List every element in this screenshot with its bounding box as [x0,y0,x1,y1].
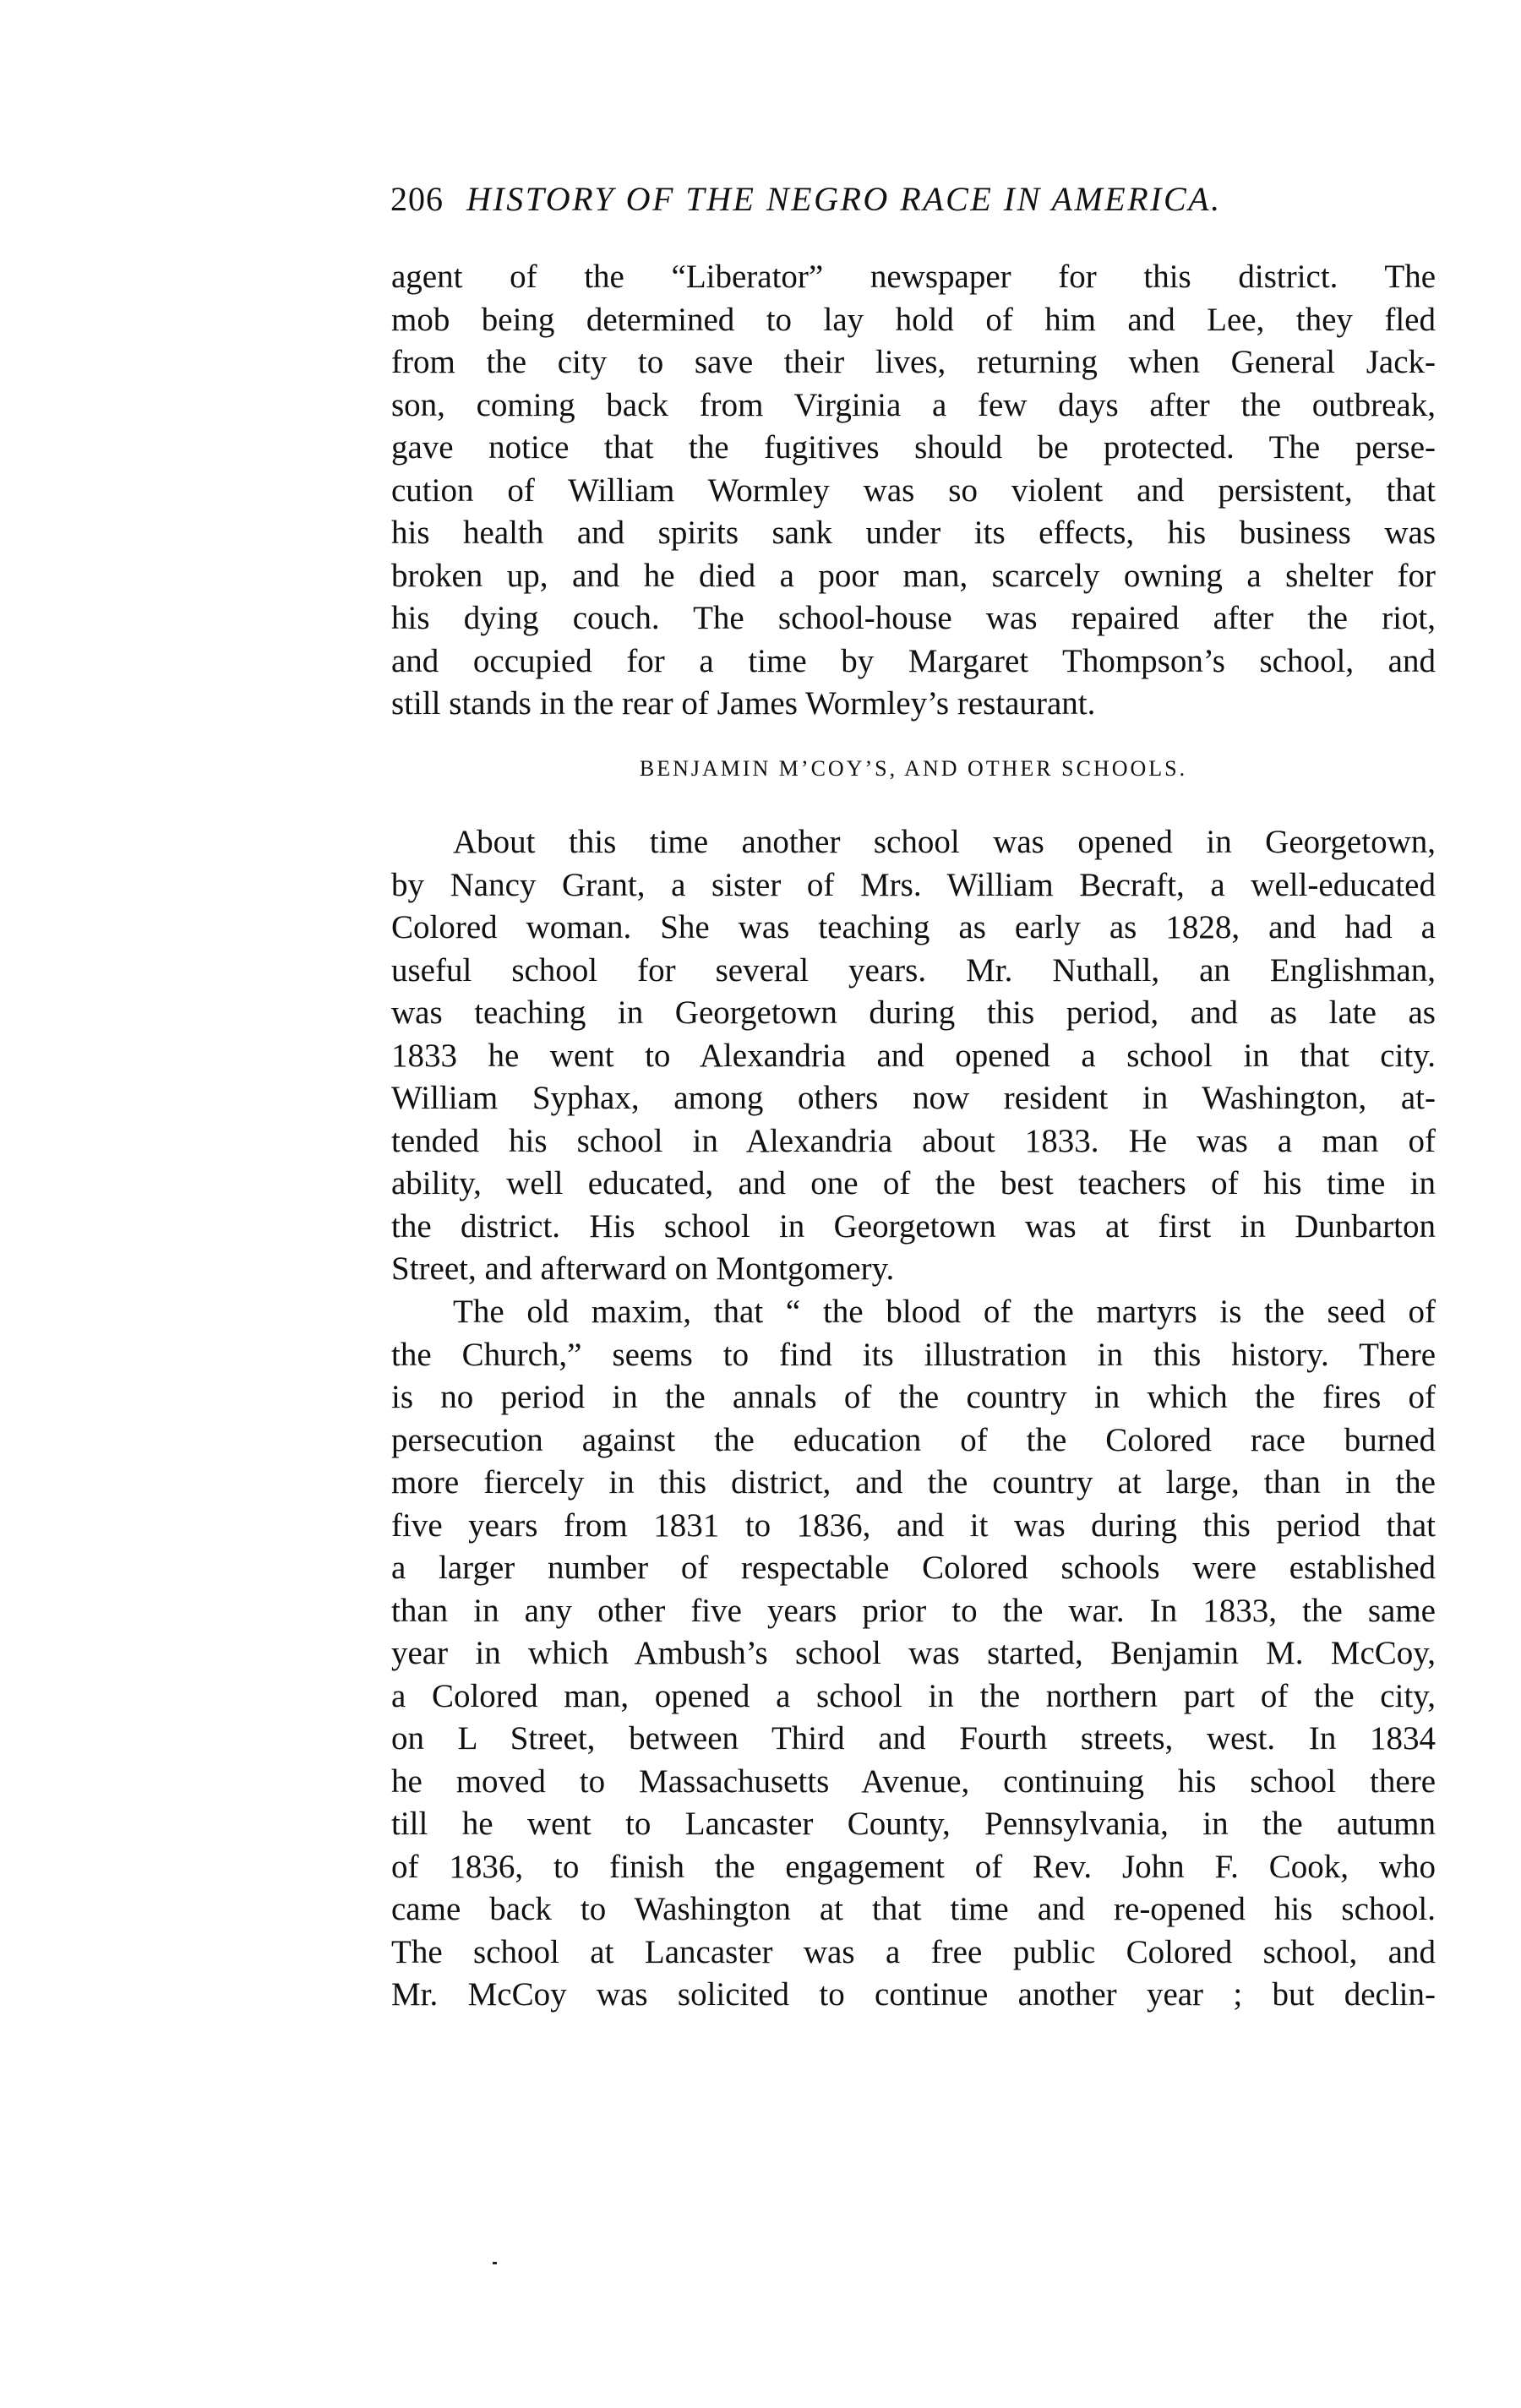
text-line: the Church,” seems to find its illustrat… [391,1334,1436,1377]
text-line: five years from 1831 to 1836, and it was… [391,1505,1436,1548]
text-line: year in which Ambush’s school was starte… [391,1632,1436,1675]
text-line: agent of the “Liberator” newspaper for t… [391,256,1436,299]
text-line: his dying couch. The school-house was re… [391,597,1436,640]
text-line: tended his school in Alexandria about 18… [391,1120,1436,1163]
text-line: broken up, and he died a poor man, scarc… [391,555,1436,598]
text-line: than in any other five years prior to th… [391,1590,1436,1633]
text-line: came back to Washington at that time and… [391,1888,1436,1931]
book-title: HISTORY OF THE NEGRO RACE IN AMERICA. [466,180,1222,218]
paragraph-2: About this time another school was opene… [391,821,1436,1291]
book-page: 206 HISTORY OF THE NEGRO RACE IN AMERICA… [0,0,1521,2408]
text-line: The old maxim, that “ the blood of the m… [391,1291,1436,1334]
text-line: of 1836, to finish the engagement of Rev… [391,1846,1436,1889]
paragraph-3: The old maxim, that “ the blood of the m… [391,1291,1436,2017]
paragraph-1: agent of the “Liberator” newspaper for t… [391,256,1436,726]
print-speck [493,2262,497,2264]
text-line: still stands in the rear of James Wormle… [391,683,1436,726]
text-line: more fiercely in this district, and the … [391,1462,1436,1505]
page-number: 206 [390,180,444,218]
text-line: 1833 he went to Alexandria and opened a … [391,1035,1436,1078]
text-line: a larger number of respectable Colored s… [391,1547,1436,1590]
text-line: he moved to Massachusetts Avenue, contin… [391,1761,1436,1804]
text-line: useful school for several years. Mr. Nut… [391,950,1436,993]
text-line: from the city to save their lives, retur… [391,341,1436,384]
text-line: William Syphax, among others now residen… [391,1077,1436,1120]
text-line: Mr. McCoy was solicited to continue anot… [391,1974,1436,2017]
running-head: 206 HISTORY OF THE NEGRO RACE IN AMERICA… [390,174,1387,225]
text-line: his health and spirits sank under its ef… [391,512,1436,555]
text-line: ability, well educated, and one of the b… [391,1163,1436,1206]
text-line: on L Street, between Third and Fourth st… [391,1718,1436,1761]
text-line: gave notice that the fugitives should be… [391,427,1436,470]
text-line: the district. His school in Georgetown w… [391,1206,1436,1249]
text-line: persecution against the education of the… [391,1419,1436,1463]
text-line: Street, and afterward on Montgomery. [391,1248,1436,1291]
section-heading: Benjamin M’Coy’s, and other schools. [391,750,1436,787]
text-line: Colored woman. She was teaching as early… [391,907,1436,950]
text-line: cution of William Wormley was so violent… [391,470,1436,513]
text-line: by Nancy Grant, a sister of Mrs. William… [391,864,1436,907]
text-line: a Colored man, opened a school in the no… [391,1675,1436,1719]
text-line: mob being determined to lay hold of him … [391,299,1436,342]
text-line: was teaching in Georgetown during this p… [391,992,1436,1035]
text-line: son, coming back from Virginia a few day… [391,384,1436,428]
text-line: The school at Lancaster was a free publi… [391,1931,1436,1975]
text-line: and occupied for a time by Margaret Thom… [391,640,1436,684]
text-line: About this time another school was opene… [391,821,1436,864]
text-line: is no period in the annals of the countr… [391,1376,1436,1419]
text-line: till he went to Lancaster County, Pennsy… [391,1803,1436,1846]
